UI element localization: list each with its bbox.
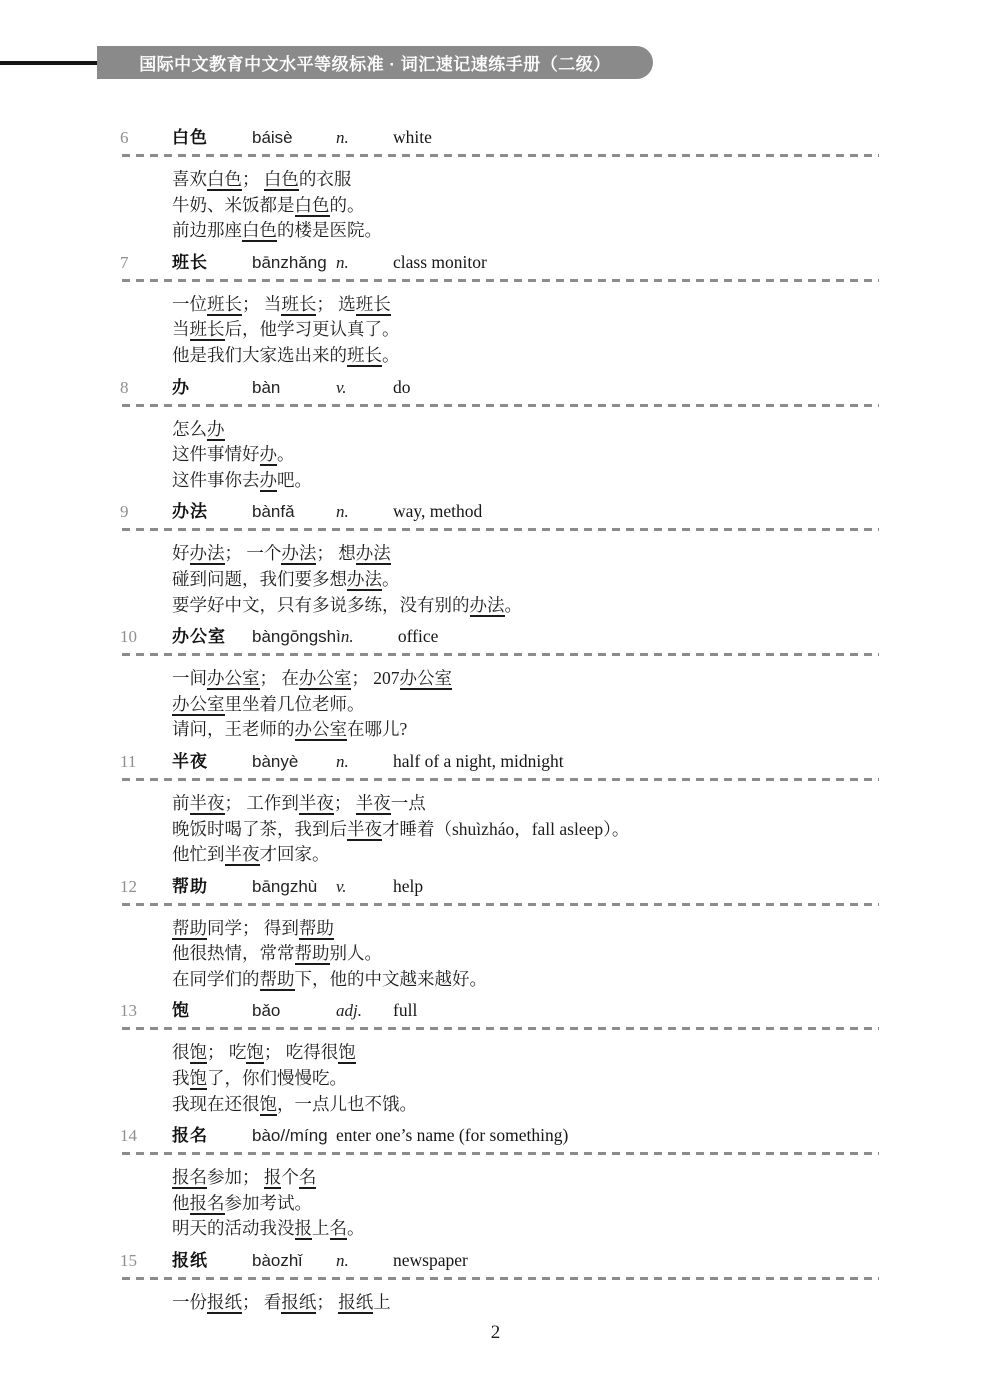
entry-header-row: 6白色báisèn.white [0, 124, 991, 151]
example-line: 一间办公室； 在办公室； 207办公室 [172, 666, 991, 692]
target-word-underlined: 办公室 [299, 668, 352, 690]
example-text: 要学好中文，只有多说多练，没有别的 [172, 595, 470, 615]
example-text: ； 想 [316, 543, 355, 563]
target-word-underlined: 半夜 [356, 793, 391, 815]
target-word-underlined: 办公室 [172, 694, 225, 716]
example-text: 他是我们大家选出来的 [172, 345, 347, 365]
example-text: 请问，王老师的 [172, 719, 295, 739]
example-line: 在同学们的帮助下，他的中文越来越好。 [172, 967, 991, 993]
dashed-divider [122, 903, 879, 906]
entry-definition: half of a night, midnight [393, 751, 564, 771]
target-word-underlined: 报纸 [338, 1292, 373, 1314]
example-line: 报名参加； 报个名 [172, 1165, 991, 1191]
entry-headword: 办法 [172, 499, 252, 525]
example-text: 才回家。 [260, 844, 330, 864]
dashed-divider [122, 404, 879, 407]
example-text: 一份 [172, 1292, 207, 1312]
entry-pos: n. [336, 250, 393, 276]
entry-number: 14 [120, 1123, 172, 1149]
vocab-entry: 13饱bǎoadj.full很饱； 吃饱； 吃得很饱我饱了，你们慢慢吃。我现在还… [0, 997, 991, 1117]
entry-header-row: 8办bànv.do [0, 374, 991, 401]
example-text: 在同学们的 [172, 969, 260, 989]
example-text: 里坐着几位老师。 [225, 694, 365, 714]
example-text: 参加； [207, 1167, 264, 1187]
example-line: 请问，王老师的办公室在哪儿? [172, 717, 991, 743]
target-word-underlined: 办 [260, 444, 278, 466]
example-line: 很饱； 吃饱； 吃得很饱 [172, 1040, 991, 1066]
vocab-entry: 7班长bānzhǎngn.class monitor一位班长； 当班长； 选班长… [0, 249, 991, 369]
entry-headword: 帮助 [172, 874, 252, 900]
example-text: 一间 [172, 668, 207, 688]
entry-header-row: 7班长bānzhǎngn.class monitor [0, 249, 991, 276]
target-word-underlined: 办公室 [295, 719, 348, 741]
target-word-underlined: 半夜 [347, 819, 382, 841]
entry-number: 10 [120, 624, 172, 650]
entry-number: 9 [120, 499, 172, 525]
entry-definition: help [393, 876, 423, 896]
vocab-entry: 12帮助bāngzhùv.help帮助同学； 得到帮助他很热情，常常帮助别人。在… [0, 873, 991, 993]
entry-definition: full [393, 1000, 417, 1020]
dashed-divider [122, 279, 879, 282]
vocab-entry: 9办法bànfǎn.way, method好办法； 一个办法； 想办法碰到问题，… [0, 498, 991, 618]
target-word-underlined: 报 [295, 1218, 313, 1240]
vocab-entry: 14报名bào//míngenter one’s name (for somet… [0, 1122, 991, 1242]
entry-definition: class monitor [393, 252, 487, 272]
target-word-underlined: 半夜 [225, 844, 260, 866]
example-line: 这件事情好办。 [172, 442, 991, 468]
example-line: 这件事你去办吧。 [172, 468, 991, 494]
example-line: 我现在还很饱，一点儿也不饿。 [172, 1092, 991, 1118]
target-word-underlined: 班长 [347, 345, 382, 367]
entry-pos: n. [341, 624, 398, 650]
example-text: 喜欢 [172, 169, 207, 189]
page-number: 2 [0, 1322, 991, 1344]
example-text: 我现在还很 [172, 1094, 260, 1114]
header-banner-text: 国际中文教育中文水平等级标准 · 词汇速记速练手册（二级） [139, 50, 611, 75]
entry-number: 12 [120, 874, 172, 900]
example-text: 碰到问题，我们要多想 [172, 569, 347, 589]
header-rule [0, 61, 112, 65]
vocab-entry: 10办公室bàngōngshìn.office一间办公室； 在办公室； 207办… [0, 623, 991, 743]
entry-headword: 报名 [172, 1123, 252, 1149]
target-word-underlined: 饱 [190, 1068, 208, 1090]
example-list: 前半夜； 工作到半夜； 半夜一点晚饭时喝了茶，我到后半夜才睡着（shuìzháo… [172, 791, 991, 868]
entry-definition: do [393, 377, 411, 397]
example-text: 同学； 得到 [207, 918, 299, 938]
target-word-underlined: 办 [207, 419, 225, 441]
example-text: 前 [172, 793, 190, 813]
example-text: 牛奶、米饭都是 [172, 195, 295, 215]
example-text: 这件事你去 [172, 470, 260, 490]
entry-pos: n. [336, 499, 393, 525]
example-text: 别人。 [330, 943, 383, 963]
example-text: 。 [382, 569, 400, 589]
entry-headword: 白色 [172, 125, 252, 151]
target-word-underlined: 班长 [207, 294, 242, 316]
vocab-entry: 11半夜bànyèn.half of a night, midnight前半夜；… [0, 748, 991, 868]
example-text: 当 [172, 319, 190, 339]
entry-pinyin: bāngzhù [252, 874, 336, 900]
example-text: 这件事情好 [172, 444, 260, 464]
example-line: 前边那座白色的楼是医院。 [172, 218, 991, 244]
example-list: 一间办公室； 在办公室； 207办公室办公室里坐着几位老师。请问，王老师的办公室… [172, 666, 991, 743]
target-word-underlined: 帮助 [295, 943, 330, 965]
example-line: 要学好中文，只有多说多练，没有别的办法。 [172, 593, 991, 619]
target-word-underlined: 饱 [338, 1042, 356, 1064]
entry-pos: v. [336, 874, 393, 900]
example-text: 我 [172, 1068, 190, 1088]
example-text: 在哪儿? [347, 719, 407, 739]
example-line: 好办法； 一个办法； 想办法 [172, 541, 991, 567]
entry-number: 6 [120, 125, 172, 151]
example-line: 怎么办 [172, 417, 991, 443]
example-text: 他 [172, 1193, 190, 1213]
entry-headword: 报纸 [172, 1248, 252, 1274]
entry-headword: 饱 [172, 998, 252, 1024]
entry-headword: 半夜 [172, 749, 252, 775]
target-word-underlined: 饱 [246, 1042, 264, 1064]
entry-pinyin: bànfǎ [252, 499, 336, 525]
entry-definition: way, method [393, 501, 482, 521]
target-word-underlined: 办公室 [400, 668, 453, 690]
example-text: ； 选 [316, 294, 355, 314]
header-banner: 国际中文教育中文水平等级标准 · 词汇速记速练手册（二级） [97, 46, 653, 79]
example-text: 晚饭时喝了茶，我到后 [172, 819, 347, 839]
dashed-divider [122, 1027, 879, 1030]
entry-definition: enter one’s name (for something) [336, 1125, 568, 1145]
example-text: 的。 [330, 195, 365, 215]
target-word-underlined: 办法 [470, 595, 505, 617]
example-line: 我饱了，你们慢慢吃。 [172, 1066, 991, 1092]
example-text: 后，他学习更认真了。 [225, 319, 400, 339]
target-word-underlined: 白色 [207, 169, 242, 191]
target-word-underlined: 报名 [172, 1167, 207, 1189]
vocab-entry: 8办bànv.do怎么办这件事情好办。这件事你去办吧。 [0, 374, 991, 494]
target-word-underlined: 饱 [260, 1094, 278, 1116]
example-line: 牛奶、米饭都是白色的。 [172, 193, 991, 219]
entry-headword: 办公室 [172, 624, 252, 650]
example-text: ； [334, 793, 356, 813]
example-line: 碰到问题，我们要多想办法。 [172, 567, 991, 593]
example-list: 喜欢白色； 白色的衣服牛奶、米饭都是白色的。前边那座白色的楼是医院。 [172, 167, 991, 244]
example-text: 的衣服 [299, 169, 352, 189]
target-word-underlined: 办法 [356, 543, 391, 565]
example-text: 才睡着（shuìzháo，fall asleep）。 [382, 819, 629, 839]
entry-number: 8 [120, 375, 172, 401]
example-text: 明天的活动我没 [172, 1218, 295, 1238]
entry-definition: office [398, 626, 439, 646]
example-text: 好 [172, 543, 190, 563]
example-text: 一位 [172, 294, 207, 314]
vocab-entry: 15报纸bàozhǐn.newspaper一份报纸； 看报纸； 报纸上 [0, 1247, 991, 1316]
example-text: 怎么 [172, 419, 207, 439]
target-word-underlined: 饱 [190, 1042, 208, 1064]
target-word-underlined: 名 [330, 1218, 348, 1240]
example-list: 帮助同学； 得到帮助他很热情，常常帮助别人。在同学们的帮助下，他的中文越来越好。 [172, 916, 991, 993]
dashed-divider [122, 154, 879, 157]
entry-header-row: 15报纸bàozhǐn.newspaper [0, 1247, 991, 1274]
target-word-underlined: 办公室 [207, 668, 260, 690]
vocab-list: 6白色báisèn.white喜欢白色； 白色的衣服牛奶、米饭都是白色的。前边那… [0, 124, 991, 1321]
target-word-underlined: 帮助 [260, 969, 295, 991]
example-text: 了，你们慢慢吃。 [207, 1068, 347, 1088]
target-word-underlined: 名 [299, 1167, 317, 1189]
target-word-underlined: 帮助 [299, 918, 334, 940]
example-list: 很饱； 吃饱； 吃得很饱我饱了，你们慢慢吃。我现在还很饱，一点儿也不饿。 [172, 1040, 991, 1117]
target-word-underlined: 班长 [190, 319, 225, 341]
target-word-underlined: 报纸 [281, 1292, 316, 1314]
example-text: 的楼是医院。 [277, 220, 382, 240]
target-word-underlined: 办法 [347, 569, 382, 591]
example-text: 参加考试。 [225, 1193, 313, 1213]
book-page: 国际中文教育中文水平等级标准 · 词汇速记速练手册（二级） 6白色báisèn.… [0, 0, 991, 1400]
example-text: 。 [382, 345, 400, 365]
example-text: 他忙到 [172, 844, 225, 864]
example-text: 。 [505, 595, 523, 615]
target-word-underlined: 半夜 [190, 793, 225, 815]
target-word-underlined: 白色 [242, 220, 277, 242]
example-text: ； [316, 1292, 338, 1312]
target-word-underlined: 班长 [281, 294, 316, 316]
example-line: 一份报纸； 看报纸； 报纸上 [172, 1290, 991, 1316]
entry-pinyin: bàn [252, 375, 336, 401]
dashed-divider [122, 528, 879, 531]
dashed-divider [122, 653, 879, 656]
entry-pos: n. [336, 749, 393, 775]
entry-pinyin: bānzhǎng [252, 250, 336, 276]
entry-pos: n. [336, 1248, 393, 1274]
entry-header-row: 11半夜bànyèn.half of a night, midnight [0, 748, 991, 775]
example-line: 明天的活动我没报上名。 [172, 1216, 991, 1242]
entry-headword: 班长 [172, 250, 252, 276]
target-word-underlined: 班长 [356, 294, 391, 316]
example-line: 喜欢白色； 白色的衣服 [172, 167, 991, 193]
example-line: 前半夜； 工作到半夜； 半夜一点 [172, 791, 991, 817]
example-text: 。 [277, 444, 295, 464]
example-line: 他很热情，常常帮助别人。 [172, 941, 991, 967]
example-text: ； 当 [242, 294, 281, 314]
entry-pos: n. [336, 125, 393, 151]
example-list: 好办法； 一个办法； 想办法碰到问题，我们要多想办法。要学好中文，只有多说多练，… [172, 541, 991, 618]
example-text: ； 在 [260, 668, 299, 688]
target-word-underlined: 报纸 [207, 1292, 242, 1314]
example-text: 他很热情，常常 [172, 943, 295, 963]
target-word-underlined: 办法 [281, 543, 316, 565]
target-word-underlined: 办 [260, 470, 278, 492]
target-word-underlined: 白色 [295, 195, 330, 217]
target-word-underlined: 报名 [190, 1193, 225, 1215]
example-line: 晚饭时喝了茶，我到后半夜才睡着（shuìzháo，fall asleep）。 [172, 817, 991, 843]
example-list: 一份报纸； 看报纸； 报纸上 [172, 1290, 991, 1316]
example-line: 办公室里坐着几位老师。 [172, 692, 991, 718]
example-text: 个 [281, 1167, 299, 1187]
entry-header-row: 14报名bào//míngenter one’s name (for somet… [0, 1122, 991, 1149]
entry-definition: white [393, 127, 432, 147]
entry-pinyin: báisè [252, 125, 336, 151]
example-text: 上 [373, 1292, 391, 1312]
example-line: 一位班长； 当班长； 选班长 [172, 292, 991, 318]
entry-pinyin: bàngōngshì [252, 624, 341, 650]
example-text: ； 一个 [225, 543, 282, 563]
target-word-underlined: 报 [264, 1167, 282, 1189]
example-text: 很 [172, 1042, 190, 1062]
example-text: 下，他的中文越来越好。 [295, 969, 488, 989]
example-line: 他是我们大家选出来的班长。 [172, 343, 991, 369]
target-word-underlined: 白色 [264, 169, 299, 191]
example-text: ； 吃 [207, 1042, 246, 1062]
entry-header-row: 9办法bànfǎn.way, method [0, 498, 991, 525]
entry-headword: 办 [172, 375, 252, 401]
entry-number: 13 [120, 998, 172, 1024]
example-text: 吧。 [277, 470, 312, 490]
entry-pinyin: bànyè [252, 749, 336, 775]
example-text: 一点 [391, 793, 426, 813]
example-line: 当班长后，他学习更认真了。 [172, 317, 991, 343]
entry-pos: v. [336, 375, 393, 401]
vocab-entry: 6白色báisèn.white喜欢白色； 白色的衣服牛奶、米饭都是白色的。前边那… [0, 124, 991, 244]
entry-pinyin: bào//míng [252, 1123, 336, 1149]
example-line: 帮助同学； 得到帮助 [172, 916, 991, 942]
example-line: 他报名参加考试。 [172, 1191, 991, 1217]
example-text: ； 207 [351, 668, 399, 688]
target-word-underlined: 帮助 [172, 918, 207, 940]
entry-number: 11 [120, 749, 172, 775]
entry-pinyin: bàozhǐ [252, 1248, 336, 1274]
example-text: ； 吃得很 [264, 1042, 338, 1062]
target-word-underlined: 办法 [190, 543, 225, 565]
dashed-divider [122, 1152, 879, 1155]
entry-header-row: 10办公室bàngōngshìn.office [0, 623, 991, 650]
target-word-underlined: 半夜 [299, 793, 334, 815]
dashed-divider [122, 778, 879, 781]
example-list: 报名参加； 报个名他报名参加考试。明天的活动我没报上名。 [172, 1165, 991, 1242]
dashed-divider [122, 1277, 879, 1280]
entry-pinyin: bǎo [252, 998, 336, 1024]
example-text: 上 [312, 1218, 330, 1238]
example-text: ； 工作到 [225, 793, 299, 813]
example-text: ，一点儿也不饿。 [277, 1094, 417, 1114]
example-list: 怎么办这件事情好办。这件事你去办吧。 [172, 417, 991, 494]
entry-header-row: 12帮助bāngzhùv.help [0, 873, 991, 900]
example-text: ； [242, 169, 264, 189]
example-list: 一位班长； 当班长； 选班长当班长后，他学习更认真了。他是我们大家选出来的班长。 [172, 292, 991, 369]
entry-definition: newspaper [393, 1250, 468, 1270]
example-text: 前边那座 [172, 220, 242, 240]
entry-header-row: 13饱bǎoadj.full [0, 997, 991, 1024]
example-line: 他忙到半夜才回家。 [172, 842, 991, 868]
entry-pos: adj. [336, 998, 393, 1024]
entry-number: 7 [120, 250, 172, 276]
example-text: ； 看 [242, 1292, 281, 1312]
entry-number: 15 [120, 1248, 172, 1274]
example-text: 。 [347, 1218, 365, 1238]
